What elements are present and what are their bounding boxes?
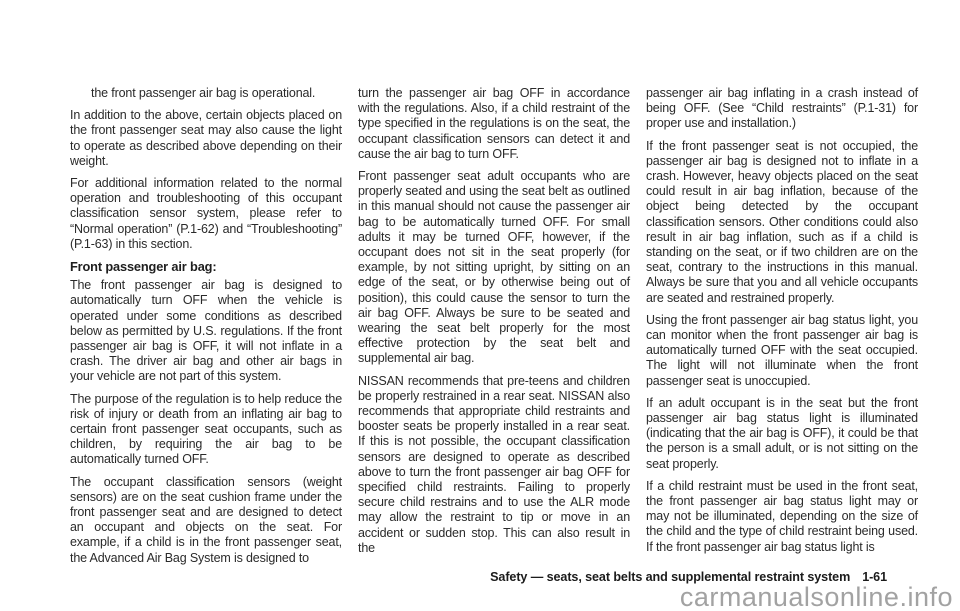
paragraph: Front passenger seat adult occupants who…: [358, 169, 630, 367]
paragraph: If the front passenger seat is not occup…: [646, 139, 918, 306]
watermark-text: carmanualsonline.info: [680, 582, 953, 611]
text-column-2: turn the passenger air bag OFF in accord…: [358, 86, 630, 573]
manual-page: { "document": { "columns": [ { "blocks":…: [0, 0, 960, 611]
paragraph: The front passenger air bag is designed …: [70, 278, 342, 384]
paragraph: the front passenger air bag is operation…: [70, 86, 342, 101]
paragraph: turn the passenger air bag OFF in accord…: [358, 86, 630, 162]
text-column-3: passenger air bag inflating in a crash i…: [646, 86, 918, 573]
paragraph: passenger air bag inflating in a crash i…: [646, 86, 918, 132]
paragraph: In addition to the above, certain object…: [70, 108, 342, 169]
section-heading: Front passenger air bag:: [70, 259, 342, 274]
paragraph: If an adult occupant is in the seat but …: [646, 396, 918, 472]
text-column-1: the front passenger air bag is operation…: [70, 86, 342, 573]
paragraph: The occupant classification sensors (wei…: [70, 475, 342, 566]
paragraph: NISSAN recommends that pre-teens and chi…: [358, 374, 630, 556]
paragraph: The purpose of the regulation is to help…: [70, 392, 342, 468]
paragraph: If a child restraint must be used in the…: [646, 479, 918, 555]
page-background: the front passenger air bag is operation…: [0, 0, 960, 611]
paragraph: Using the front passenger air bag status…: [646, 313, 918, 389]
paragraph: For additional information related to th…: [70, 176, 342, 252]
text-columns: the front passenger air bag is operation…: [70, 86, 916, 573]
